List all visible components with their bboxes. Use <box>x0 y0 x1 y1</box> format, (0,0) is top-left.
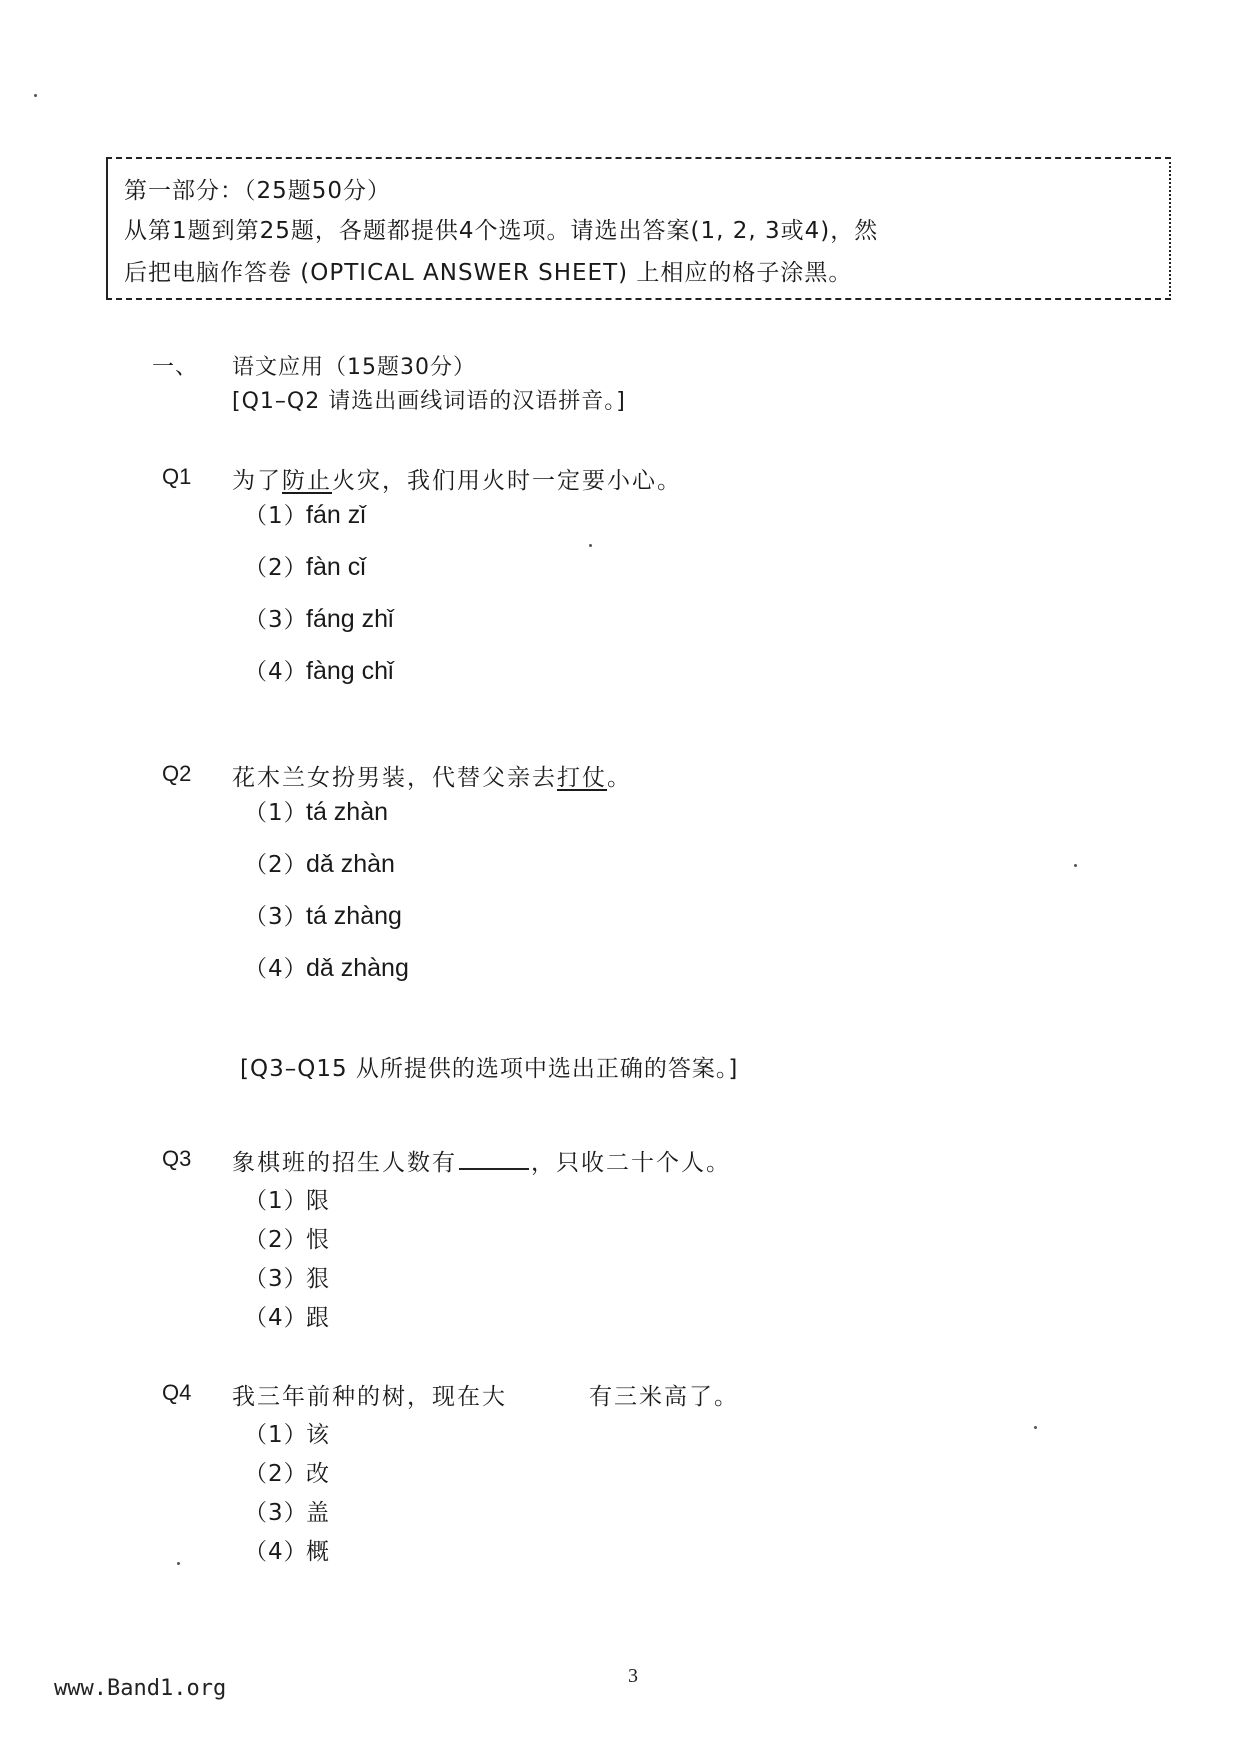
option-text: 狠 <box>306 1266 329 1292</box>
option-index: （3） <box>244 1260 306 1293</box>
stem-text: 有三米高了。 <box>589 1384 739 1410</box>
option-index: （4） <box>244 1533 306 1566</box>
stem-text: 象棋班的招生人数有 <box>232 1150 457 1176</box>
page-number: 3 <box>628 1665 638 1688</box>
option-text: 改 <box>306 1461 329 1487</box>
option-index: （2） <box>244 1455 306 1488</box>
option-2[interactable]: （2）dǎ zhàn <box>244 846 395 879</box>
footer-website: www.Band1.org <box>54 1676 226 1701</box>
option-index: （4） <box>244 653 306 686</box>
option-text: fáng zhǐ <box>306 605 394 633</box>
option-text: 跟 <box>306 1305 329 1331</box>
option-2[interactable]: （2）fàn cǐ <box>244 549 366 582</box>
option-index: （4） <box>244 1299 306 1332</box>
scan-speck <box>34 94 37 97</box>
option-text: tá zhàn <box>306 798 388 826</box>
instructions-text-line-1: 从第1题到第25题，各题都提供4个选项。请选出答案(1, 2, 3或4)，然 <box>124 212 878 245</box>
option-text: fán zǐ <box>306 501 366 529</box>
instructions-text-line-2: 后把电脑作答卷 (OPTICAL ANSWER SHEET) 上相应的格子涂黑。 <box>124 254 852 287</box>
option-1[interactable]: （1）tá zhàn <box>244 794 388 827</box>
option-text: fàng chǐ <box>306 657 394 685</box>
option-index: （1） <box>244 794 306 827</box>
question-number: Q3 <box>162 1146 191 1172</box>
option-text: 恨 <box>306 1227 329 1253</box>
stem-text: 。 <box>607 765 632 791</box>
option-1[interactable]: （1）限 <box>244 1182 329 1215</box>
option-4[interactable]: （4）跟 <box>244 1299 329 1332</box>
scan-speck <box>1074 864 1077 867</box>
option-index: （3） <box>244 898 306 931</box>
option-text: 限 <box>306 1188 329 1214</box>
question-number: Q2 <box>162 761 191 787</box>
option-3[interactable]: （3）狠 <box>244 1260 329 1293</box>
underlined-term: 防止 <box>282 468 332 494</box>
option-4[interactable]: （4）fàng chǐ <box>244 653 394 686</box>
option-text: tá zhàng <box>306 902 402 930</box>
stem-text: 为了 <box>232 468 282 494</box>
scan-speck <box>177 1562 180 1565</box>
question-stem: 为了防止火灾，我们用火时一定要小心。 <box>232 462 682 495</box>
question-number: Q1 <box>162 464 191 490</box>
section-number: 一、 <box>152 350 198 381</box>
option-4[interactable]: （4）dǎ zhàng <box>244 950 409 983</box>
answer-blank <box>459 1167 529 1170</box>
section-title: 语文应用（15题30分） <box>232 350 476 381</box>
option-index: （1） <box>244 1416 306 1449</box>
option-text: 该 <box>306 1422 329 1448</box>
option-text: fàn cǐ <box>306 553 366 581</box>
option-1[interactable]: （1）fán zǐ <box>244 497 366 530</box>
option-3[interactable]: （3）tá zhàng <box>244 898 402 931</box>
stem-text: ，只收二十个人。 <box>531 1150 731 1176</box>
sub-instruction-q1-q2: [Q1–Q2 请选出画线词语的汉语拼音。] <box>232 384 626 415</box>
scan-speck <box>1034 1426 1037 1429</box>
part-heading: 第一部分：（25题50分） <box>124 172 391 205</box>
option-3[interactable]: （3）盖 <box>244 1494 329 1527</box>
option-index: （3） <box>244 1494 306 1527</box>
question-number: Q4 <box>162 1380 191 1406</box>
option-text: dǎ zhàn <box>306 850 395 878</box>
question-stem: 我三年前种的树，现在大有三米高了。 <box>232 1378 739 1411</box>
option-index: （2） <box>244 1221 306 1254</box>
option-4[interactable]: （4）概 <box>244 1533 329 1566</box>
option-3[interactable]: （3）fáng zhǐ <box>244 601 394 634</box>
option-2[interactable]: （2）改 <box>244 1455 329 1488</box>
option-index: （2） <box>244 549 306 582</box>
answer-blank <box>509 1401 587 1404</box>
question-stem: 象棋班的招生人数有，只收二十个人。 <box>232 1144 731 1177</box>
stem-text: 火灾，我们用火时一定要小心。 <box>332 468 682 494</box>
sub-instruction-q3-q15: [Q3–Q15 从所提供的选项中选出正确的答案。] <box>240 1050 738 1083</box>
option-index: （4） <box>244 950 306 983</box>
scan-speck <box>589 544 592 547</box>
question-stem: 花木兰女扮男装，代替父亲去打仗。 <box>232 759 632 792</box>
underlined-term: 打仗 <box>557 765 607 791</box>
option-1[interactable]: （1）该 <box>244 1416 329 1449</box>
option-text: dǎ zhàng <box>306 954 409 982</box>
option-index: （2） <box>244 846 306 879</box>
option-text: 概 <box>306 1539 329 1565</box>
option-text: 盖 <box>306 1500 329 1526</box>
option-index: （3） <box>244 601 306 634</box>
option-index: （1） <box>244 497 306 530</box>
option-index: （1） <box>244 1182 306 1215</box>
option-2[interactable]: （2）恨 <box>244 1221 329 1254</box>
stem-text: 我三年前种的树，现在大 <box>232 1384 507 1410</box>
stem-text: 花木兰女扮男装，代替父亲去 <box>232 765 557 791</box>
